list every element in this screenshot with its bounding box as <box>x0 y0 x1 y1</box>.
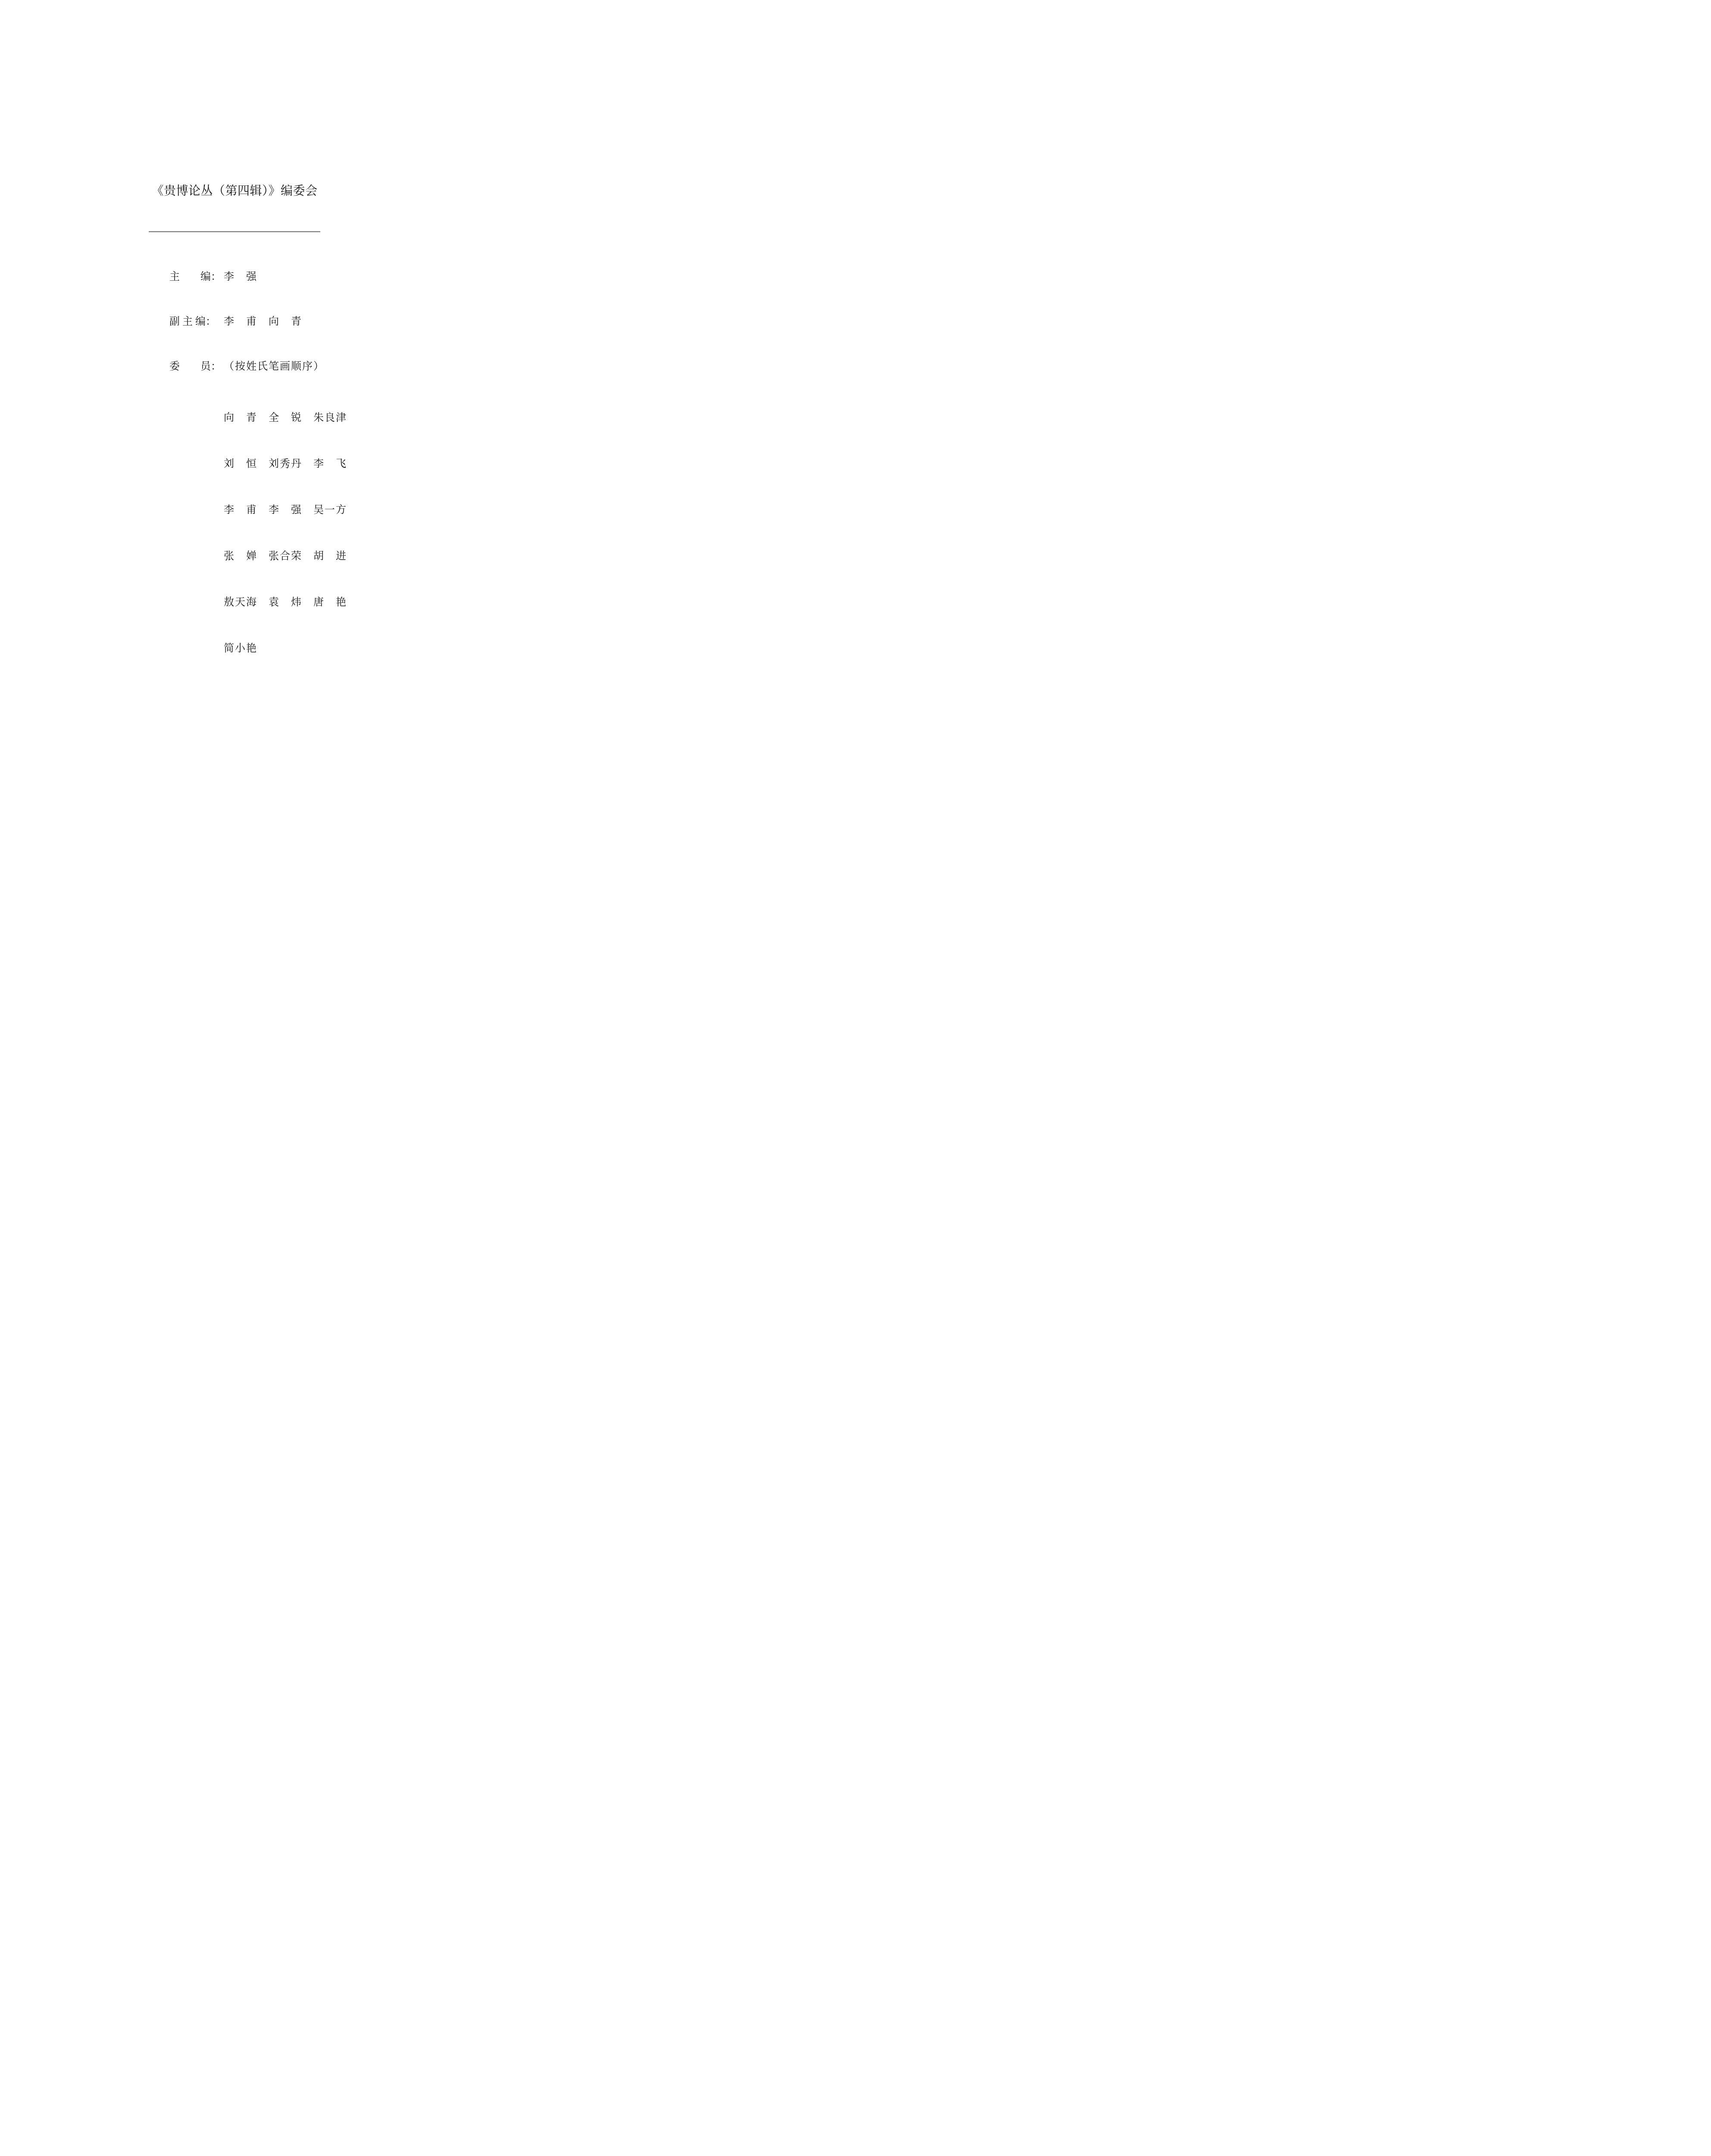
book-page: 《贵博论丛（第四辑）》编委会 主 编：李 强 副 主 编：李 甫 向 青 委 员… <box>0 0 473 664</box>
member-names: 李 甫 李 强 吴一方 <box>224 505 347 516</box>
chief-editor-row: 主 编：李 强 <box>149 260 320 294</box>
divider-top <box>149 231 320 232</box>
member-names: 张 婵 张合荣 胡 进 <box>224 551 347 562</box>
deputy-editor-label: 副 主 编： <box>169 316 224 327</box>
committee-members-row: 李 甫 李 强 吴一方 <box>149 493 320 527</box>
committee-label: 委 员： <box>169 361 224 372</box>
member-names: 向 青 全 锐 朱良津 <box>224 412 347 423</box>
member-names: 刘 恒 刘秀丹 李 飞 <box>224 458 347 470</box>
chief-editor-label: 主 编： <box>169 271 224 282</box>
deputy-editor-names: 李 甫 向 青 <box>224 316 302 327</box>
member-names: 敖天海 袁 炜 唐 艳 <box>224 597 347 608</box>
committee-header-row: 委 员：（按姓氏笔画顺序） <box>149 350 320 383</box>
chief-editor-names: 李 强 <box>224 271 257 282</box>
committee-sort-note: （按姓氏笔画顺序） <box>224 361 325 372</box>
committee-members-row: 向 青 全 锐 朱良津 <box>149 401 320 435</box>
deputy-editor-row: 副 主 编：李 甫 向 青 <box>149 305 320 338</box>
committee-members-row: 张 婵 张合荣 胡 进 <box>149 539 320 573</box>
page-title: 《贵博论丛（第四辑）》编委会 <box>149 185 320 198</box>
committee-members-row: 简小艳 <box>149 632 320 664</box>
content-column: 《贵博论丛（第四辑）》编委会 主 编：李 强 副 主 编：李 甫 向 青 委 员… <box>149 0 320 664</box>
committee-members-row: 敖天海 袁 炜 唐 艳 <box>149 586 320 619</box>
member-names: 简小艳 <box>224 643 257 654</box>
committee-members-row: 刘 恒 刘秀丹 李 飞 <box>149 447 320 481</box>
